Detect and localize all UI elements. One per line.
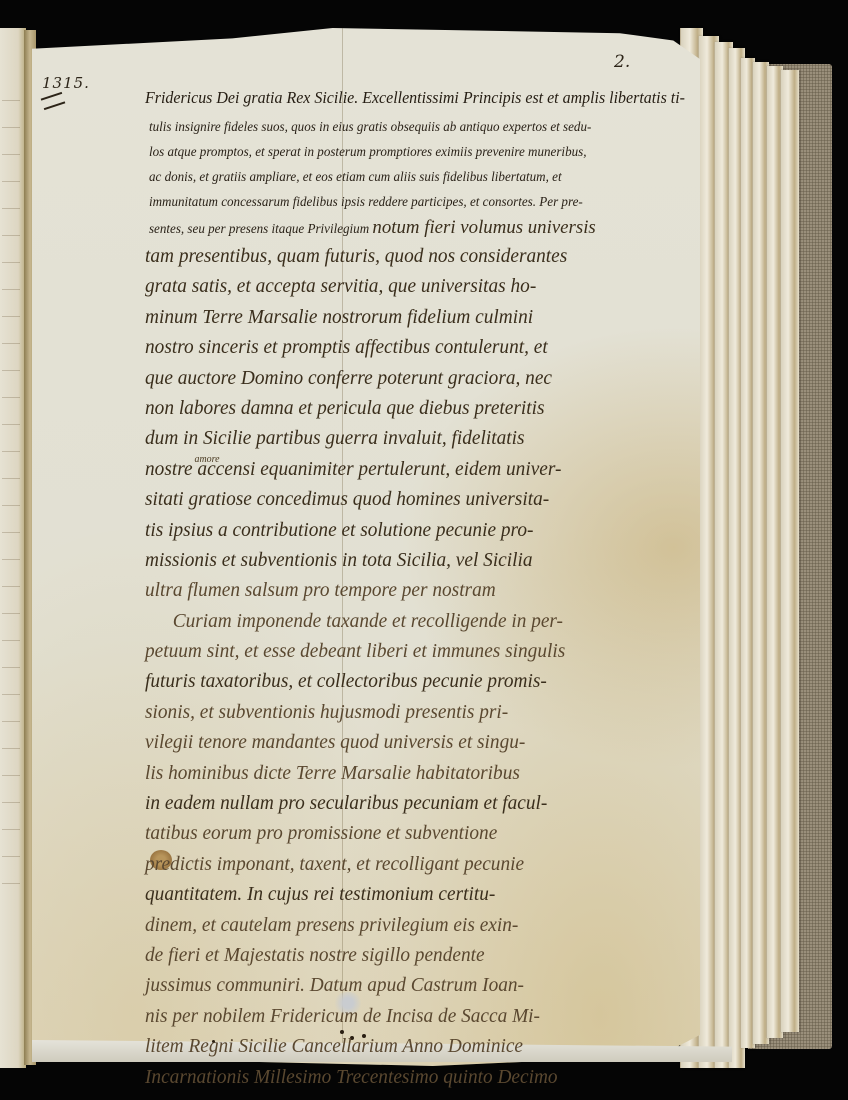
folio-number: 2. (614, 52, 630, 72)
text-line-heading: Fridericus Dei gratia Rex Sicilie. Excel… (145, 82, 657, 114)
text-line: quantitatem. In cujus rei testimonium ce… (145, 880, 685, 910)
text-line: tam presentibus, quam futuris, quod nos … (145, 242, 685, 272)
text-line: in eadem nullam pro secularibus pecuniam… (145, 789, 685, 819)
manuscript-photo: 1315. 2. Fridericus Dei gratia Rex Sicil… (0, 0, 848, 1100)
text-line: tatibus eorum pro promissione et subvent… (145, 819, 685, 849)
text-line: dum in Sicilie partibus guerra invaluit,… (145, 424, 685, 454)
text-line: nostro sinceris et promptis affectibus c… (145, 333, 685, 363)
text-line: minum Terre Marsalie nostrorum fidelium … (145, 303, 685, 333)
text-line: de fieri et Majestatis nostre sigillo pe… (145, 941, 685, 971)
text-line: predictis imponant, taxent, et recolliga… (145, 850, 685, 880)
text-line: tulis insignire fideles suos, quos in ei… (145, 114, 685, 139)
text-line: grata satis, et accepta servitia, que un… (145, 272, 685, 302)
text-line: sitati gratiose concedimus quod homines … (145, 485, 685, 515)
text-line: jussimus communiri. Datum apud Castrum I… (145, 971, 685, 1001)
text-line: los atque promptos, et sperat in posteru… (145, 139, 685, 164)
text-line: que auctore Domino conferre poterunt gra… (145, 364, 685, 394)
text-line: petuum sint, et esse debeant liberi et i… (145, 637, 685, 667)
text-line: missionis et subventionis in tota Sicili… (145, 546, 685, 576)
text-line: sionis, et subventionis hujusmodi presen… (145, 698, 685, 728)
text-line: litem Regni Sicilie Cancellarium Anno Do… (145, 1032, 685, 1062)
text-fragment: sentes, seu per presens itaque Privilegi… (149, 221, 369, 236)
previous-page-sliver (0, 28, 26, 1068)
text-line: Incarnationis Millesimo Trecentesimo qui… (145, 1063, 685, 1093)
text-line: amore nostre accensi equanimiter pertule… (145, 455, 685, 485)
margin-year-note: 1315. (42, 74, 90, 92)
text-fragment: notum fieri volumus universis (372, 217, 595, 238)
text-line: vilegii tenore mandantes quod universis … (145, 728, 685, 758)
text-line: futuris taxatoribus, et collectoribus pe… (145, 667, 685, 697)
text-line: dinem, et cautelam presens privilegium e… (145, 911, 685, 941)
interlinear-insertion: amore (195, 445, 220, 475)
text-line: nis per nobilem Fridericum de Incisa de … (145, 1002, 685, 1032)
text-line: non labores damna et pericula que diebus… (145, 394, 685, 424)
text-line-mixed: sentes, seu per presens itaque Privilegi… (145, 214, 685, 242)
text-line: Curiam imponende taxande et recolligende… (145, 607, 685, 637)
text-line: tis ipsius a contributione et solutione … (145, 516, 685, 546)
manuscript-text: Fridericus Dei gratia Rex Sicilie. Excel… (145, 82, 690, 1093)
text-line: lis hominibus dicte Terre Marsalie habit… (145, 759, 685, 789)
text-line: ultra flumen salsum pro tempore per nost… (145, 576, 685, 606)
text-line: ac donis, et gratiis ampliare, et eos et… (145, 164, 685, 189)
text-line: immunitatum concessarum fidelibus ipsis … (145, 189, 685, 214)
